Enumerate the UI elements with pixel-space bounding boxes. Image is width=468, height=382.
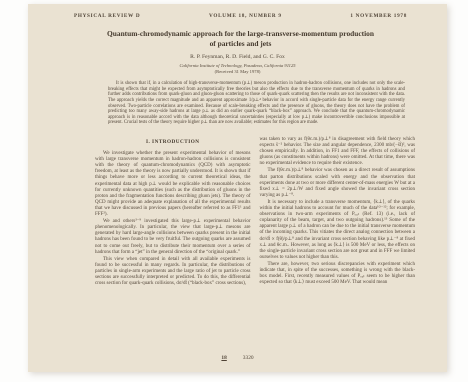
journal-date: 1 NOVEMBER 1978 (350, 13, 407, 19)
left-column-paragraph-2: We and others³⁻⁹ investigated this large… (95, 219, 251, 256)
article-title-line1: Quantum-chromodynamic approach for the l… (74, 29, 407, 39)
article-title: Quantum-chromodynamic approach for the l… (74, 29, 407, 48)
section-heading-introduction: I. INTRODUCTION (95, 139, 251, 145)
received-date-line: (Received 31 May 1978) (28, 69, 447, 74)
right-column: was taken to vary as f(θc.m.)/p⊥⁸ in dis… (260, 137, 416, 288)
article-title-line2: of particles and jets (74, 39, 407, 49)
left-column: I. INTRODUCTION We investigate whether t… (95, 137, 251, 288)
footer-volume-number: 18 (221, 355, 226, 361)
affiliation-line: California Institute of Technology, Pasa… (28, 63, 447, 68)
journal-name: PHYSICAL REVIEW D (74, 13, 140, 19)
right-column-paragraph-1: was taken to vary as f(θc.m.)/p⊥⁸ in dis… (260, 137, 416, 167)
abstract-text: It is shown that if, in a calculation of… (108, 81, 405, 126)
author-line: R. P. Feynman, R. D. Field, and G. C. Fo… (28, 54, 447, 60)
journal-page: PHYSICAL REVIEW D VOLUME 18, NUMBER 9 1 … (28, 4, 447, 372)
right-column-paragraph-3: It is necessary to include a transverse … (260, 200, 416, 261)
right-column-paragraph-2: The f(θc.m.)/p⊥⁸ behavior was chosen as … (260, 168, 416, 198)
journal-header: PHYSICAL REVIEW D VOLUME 18, NUMBER 9 1 … (28, 4, 447, 19)
page-footer: 18 3320 (28, 355, 447, 361)
journal-volume: VOLUME 18, NUMBER 9 (209, 13, 282, 19)
right-column-paragraph-4: There are, however, two serious discrepa… (260, 262, 416, 286)
left-column-paragraph-1: We investigate whether the present exper… (95, 151, 251, 218)
scanned-document-background: { "journal_header": { "journal": "PHYSIC… (0, 0, 468, 382)
footer-page-number: 3320 (243, 355, 254, 361)
left-column-paragraph-3: This view when compared in detail with a… (95, 257, 251, 287)
two-column-body: I. INTRODUCTION We investigate whether t… (28, 126, 447, 288)
